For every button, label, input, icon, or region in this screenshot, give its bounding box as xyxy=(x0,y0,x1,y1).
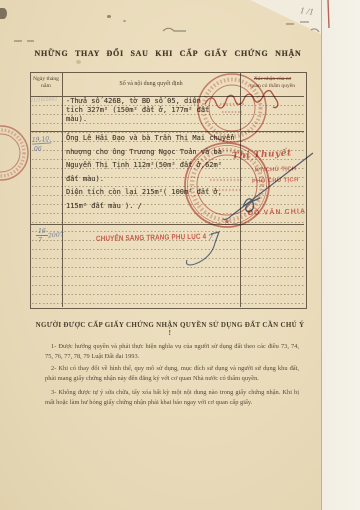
notes-heading: NGƯỜI ĐƯỢC CẤP GIẤY CHỨNG NHẬN QUYỀN SỬ … xyxy=(35,321,305,337)
page-edge-strip xyxy=(321,0,360,510)
note-item: 3- Không được tự ý sửa chữa, tẩy xóa bất… xyxy=(45,388,299,407)
pencil-page-number: 1 /1 xyxy=(299,5,314,17)
document-title: NHỮNG THAY ĐỔI SAU KHI CẤP GIẤY CHỨNG NH… xyxy=(30,49,306,58)
row1-line: màu). xyxy=(66,115,87,123)
row3-date-den: 7 xyxy=(38,237,42,244)
row-divider-1 xyxy=(31,131,304,132)
row2-line: Ông Lê Hải Đạo và bà Trần Thị Mai chuyển xyxy=(66,134,235,142)
row2-line: Nguyễn Thị Tịnh 112m²(50m² đất ở,62m² xyxy=(66,161,222,169)
row2-date-year: 06 xyxy=(34,146,42,153)
paper-stains xyxy=(0,8,7,19)
row3-date-num: 16 xyxy=(36,228,48,236)
row2-line: Diện tích còn lại 215m²( 100m² đất ở, xyxy=(66,188,222,196)
column-divider-1 xyxy=(62,72,63,307)
row3-date-year: 2007 xyxy=(48,231,64,239)
header-date: Ngày tháng năm xyxy=(30,76,62,90)
row1-line: tích 327m² (150m² đất ở, 177m² đất xyxy=(66,106,209,114)
note-item: 2- Khi có thay đổi về hình thể, quy mô s… xyxy=(45,364,299,383)
header-confirm: Xác nhận của cơ quan có thẩm quyền xyxy=(240,76,305,90)
row2-line: nhượng cho ông Trương Ngọc Toản và bà xyxy=(66,148,222,156)
scanned-certificate-page: NHỮNG THAY ĐỔI SAU KHI CẤP GIẤY CHỨNG NH… xyxy=(0,0,360,510)
page-corner xyxy=(250,0,321,34)
pencil-marks xyxy=(14,22,319,41)
row2-line: đất màu). xyxy=(66,175,104,183)
row2-line: 115m² đất màu ). / xyxy=(66,202,142,210)
row-divider-2 xyxy=(31,224,304,225)
row3-annotation: 7 xyxy=(208,233,213,242)
row1-line: -Thửa số 426B, tờ BĐ số 05, diện xyxy=(66,97,201,105)
header-content: Số và nội dung quyết định xyxy=(62,81,240,88)
column-divider-2 xyxy=(240,72,241,307)
note-item: 1- Được hưởng quyền và phải thực hiện ng… xyxy=(45,342,299,361)
round-stamp-left-edge xyxy=(0,126,28,180)
row2-date: 19.10. xyxy=(32,135,52,144)
